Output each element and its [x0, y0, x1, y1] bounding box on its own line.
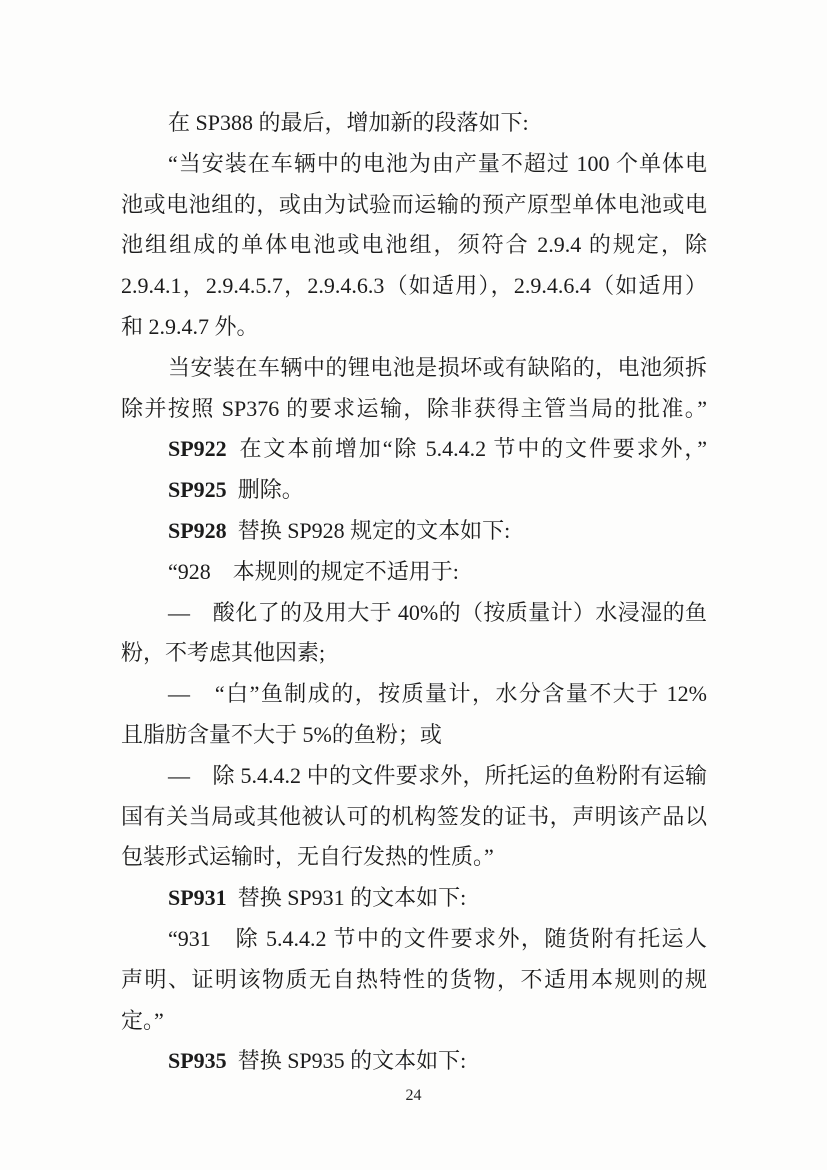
line-text: 替换 SP931 的文本如下:	[238, 885, 467, 910]
text-line: 池或电池组的，或由为试验而运输的预产原型单体电池或电	[121, 185, 707, 226]
text-block: 在 SP388 的最后，增加新的段落如下:“当安装在车辆中的电池为由产量不超过 …	[121, 103, 707, 1082]
line-text: 当安装在车辆中的锂电池是损坏或有缺陷的，电池须拆	[168, 355, 707, 380]
text-line: SP935替换 SP935 的文本如下:	[121, 1041, 707, 1082]
line-text: 和 2.9.4.7 外。	[121, 314, 259, 339]
line-text: “931 除 5.4.4.2 节中的文件要求外，随货附有托运人	[168, 926, 707, 951]
text-line: 声明、证明该物质无自热特性的货物，不适用本规则的规	[121, 960, 707, 1001]
text-line: SP922在文本前增加“除 5.4.4.2 节中的文件要求外，”	[121, 429, 707, 470]
text-line: SP931替换 SP931 的文本如下:	[121, 878, 707, 919]
line-text: “当安装在车辆中的电池为由产量不超过 100 个单体电	[168, 151, 707, 176]
text-line: 粉，不考虑其他因素;	[121, 633, 707, 674]
line-text: 且脂肪含量不大于 5%的鱼粉；或	[121, 722, 442, 747]
line-text: — 除 5.4.4.2 中的文件要求外，所托运的鱼粉附有运输	[168, 763, 707, 788]
page-number: 24	[0, 1084, 827, 1108]
text-line: 国有关当局或其他被认可的机构签发的证书，声明该产品以	[121, 797, 707, 838]
sp-code: SP925	[168, 477, 227, 502]
line-text: 定。”	[121, 1008, 164, 1033]
text-line: 且脂肪含量不大于 5%的鱼粉；或	[121, 715, 707, 756]
line-text: 除并按照 SP376 的要求运输，除非获得主管当局的批准。”	[121, 396, 707, 421]
text-line: SP928替换 SP928 规定的文本如下:	[121, 511, 707, 552]
text-line: — “白”鱼制成的，按质量计，水分含量不大于 12%	[121, 674, 707, 715]
line-text: 替换 SP928 规定的文本如下:	[238, 518, 511, 543]
line-text: 声明、证明该物质无自热特性的货物，不适用本规则的规	[121, 967, 707, 992]
text-line: 定。”	[121, 1001, 707, 1042]
text-line: 除并按照 SP376 的要求运输，除非获得主管当局的批准。”	[121, 389, 707, 430]
text-line: “当安装在车辆中的电池为由产量不超过 100 个单体电	[121, 144, 707, 185]
text-line: 当安装在车辆中的锂电池是损坏或有缺陷的，电池须拆	[121, 348, 707, 389]
text-line: 和 2.9.4.7 外。	[121, 307, 707, 348]
line-text: — “白”鱼制成的，按质量计，水分含量不大于 12%	[168, 681, 707, 706]
line-text: 国有关当局或其他被认可的机构签发的证书，声明该产品以	[121, 804, 707, 829]
text-line: “928 本规则的规定不适用于:	[121, 552, 707, 593]
line-text: 包装形式运输时，无自行发热的性质。”	[121, 844, 494, 869]
line-text: 在文本前增加“除 5.4.4.2 节中的文件要求外，”	[238, 436, 707, 461]
line-text: 2.9.4.1，2.9.4.5.7，2.9.4.6.3（如适用），2.9.4.6…	[121, 273, 707, 298]
sp-code: SP922	[168, 436, 227, 461]
sp-code: SP928	[168, 518, 227, 543]
text-line: — 除 5.4.4.2 中的文件要求外，所托运的鱼粉附有运输	[121, 756, 707, 797]
document-page: 在 SP388 的最后，增加新的段落如下:“当安装在车辆中的电池为由产量不超过 …	[0, 0, 827, 1170]
line-text: 在 SP388 的最后，增加新的段落如下:	[168, 110, 529, 135]
sp-code: SP931	[168, 885, 227, 910]
line-text: 粉，不考虑其他因素;	[121, 640, 325, 665]
sp-code: SP935	[168, 1048, 227, 1073]
text-line: 包装形式运输时，无自行发热的性质。”	[121, 837, 707, 878]
text-line: “931 除 5.4.4.2 节中的文件要求外，随货附有托运人	[121, 919, 707, 960]
line-text: 替换 SP935 的文本如下:	[238, 1048, 467, 1073]
line-text: 池或电池组的，或由为试验而运输的预产原型单体电池或电	[121, 192, 707, 217]
text-line: — 酸化了的及用大于 40%的（按质量计）水浸湿的鱼	[121, 593, 707, 634]
text-line: 在 SP388 的最后，增加新的段落如下:	[121, 103, 707, 144]
line-text: 池组组成的单体电池或电池组，须符合 2.9.4 的规定，除	[121, 232, 707, 257]
text-line: 池组组成的单体电池或电池组，须符合 2.9.4 的规定，除	[121, 225, 707, 266]
text-line: SP925删除。	[121, 470, 707, 511]
line-text: 删除。	[238, 477, 304, 502]
line-text: — 酸化了的及用大于 40%的（按质量计）水浸湿的鱼	[168, 600, 707, 625]
line-text: “928 本规则的规定不适用于:	[168, 559, 459, 584]
text-line: 2.9.4.1，2.9.4.5.7，2.9.4.6.3（如适用），2.9.4.6…	[121, 266, 707, 307]
